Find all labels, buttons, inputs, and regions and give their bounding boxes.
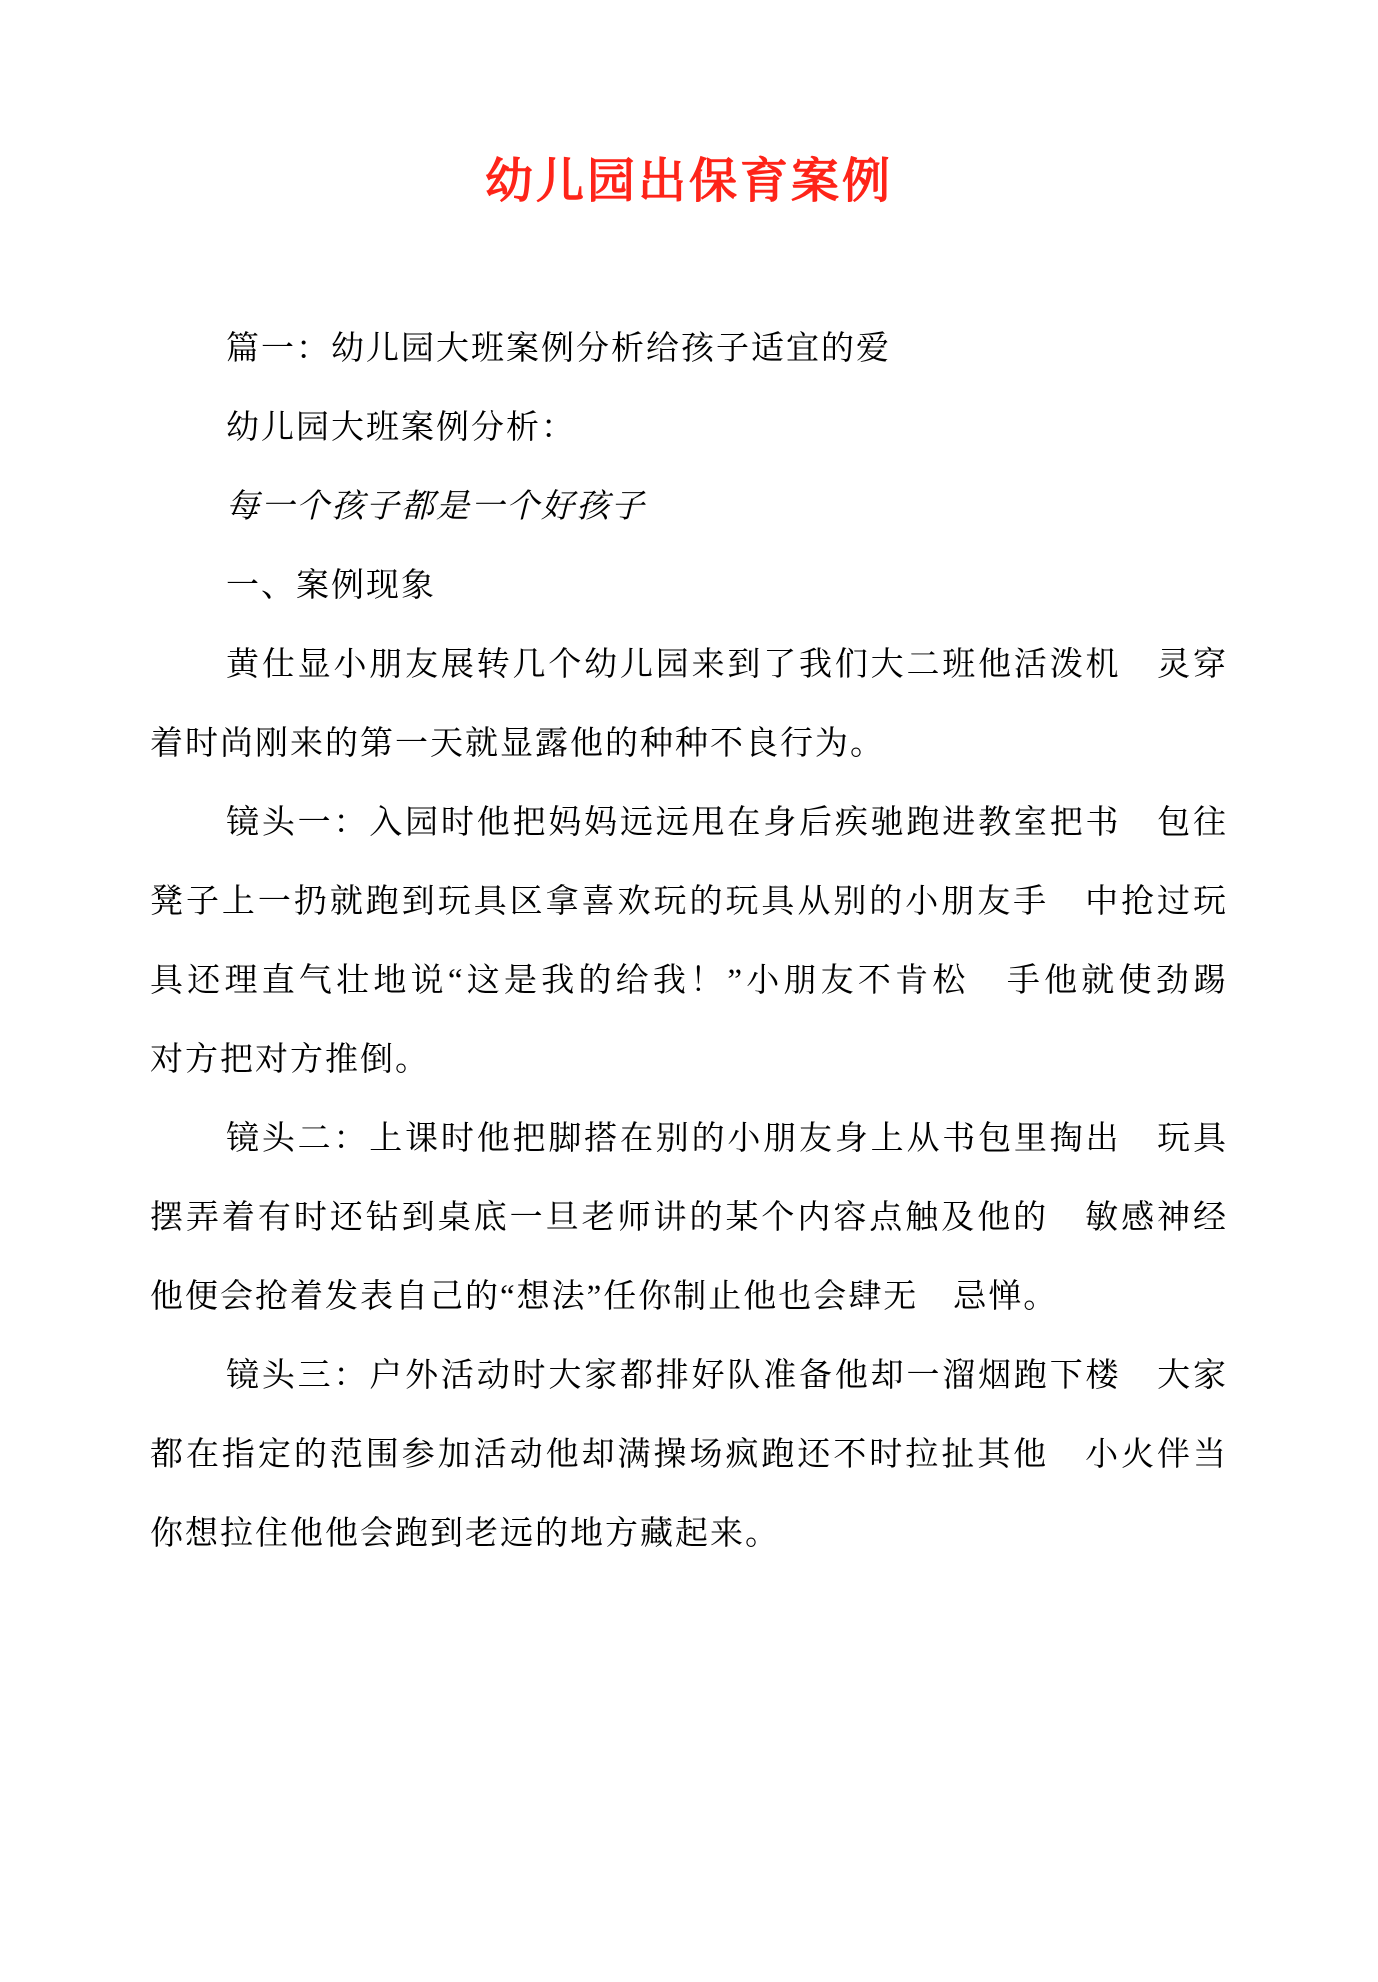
document-page: 幼儿园出保育案例 篇一：幼儿园大班案例分析给孩子适宜的爱幼儿园大班案例分析：每一… (0, 0, 1378, 1982)
text-line: 一、案例现象 (150, 547, 1228, 626)
text-line: 摆弄着有时还钻到桌底一旦老师讲的某个内容点触及他的 敏感神经 (150, 1179, 1228, 1258)
paragraph: 镜头一：入园时他把妈妈远远甩在身后疾驰跑进教室把书 包往凳子上一扔就跑到玩具区拿… (150, 784, 1228, 1100)
text-line: 镜头一：入园时他把妈妈远远甩在身后疾驰跑进教室把书 包往 (150, 784, 1228, 863)
document-body: 篇一：幼儿园大班案例分析给孩子适宜的爱幼儿园大班案例分析：每一个孩子都是一个好孩… (0, 310, 1378, 1574)
paragraph: 每一个孩子都是一个好孩子 (150, 468, 1228, 547)
text-line: 每一个孩子都是一个好孩子 (150, 468, 1228, 547)
text-line: 黄仕显小朋友展转几个幼儿园来到了我们大二班他活泼机 灵穿 (150, 626, 1228, 705)
text-line: 幼儿园大班案例分析： (150, 389, 1228, 468)
paragraph: 篇一：幼儿园大班案例分析给孩子适宜的爱 (150, 310, 1228, 389)
text-line: 凳子上一扔就跑到玩具区拿喜欢玩的玩具从别的小朋友手 中抢过玩 (150, 863, 1228, 942)
text-line: 他便会抢着发表自己的“想法”任你制止他也会肆无 忌惮。 (150, 1258, 1228, 1337)
paragraph: 镜头二：上课时他把脚搭在别的小朋友身上从书包里掏出 玩具摆弄着有时还钻到桌底一旦… (150, 1100, 1228, 1337)
text-line: 对方把对方推倒。 (150, 1021, 1228, 1100)
text-line: 着时尚刚来的第一天就显露他的种种不良行为。 (150, 705, 1228, 784)
text-line: 篇一：幼儿园大班案例分析给孩子适宜的爱 (150, 310, 1228, 389)
text-line: 镜头二：上课时他把脚搭在别的小朋友身上从书包里掏出 玩具 (150, 1100, 1228, 1179)
text-line: 你想拉住他他会跑到老远的地方藏起来。 (150, 1495, 1228, 1574)
paragraph: 一、案例现象 (150, 547, 1228, 626)
text-line: 都在指定的范围参加活动他却满操场疯跑还不时拉扯其他 小火伴当 (150, 1416, 1228, 1495)
paragraph: 黄仕显小朋友展转几个幼儿园来到了我们大二班他活泼机 灵穿着时尚刚来的第一天就显露… (150, 626, 1228, 784)
paragraph: 镜头三：户外活动时大家都排好队准备他却一溜烟跑下楼 大家都在指定的范围参加活动他… (150, 1337, 1228, 1574)
paragraph: 幼儿园大班案例分析： (150, 389, 1228, 468)
text-line: 具还理直气壮地说“这是我的给我！”小朋友不肯松 手他就使劲踢 (150, 942, 1228, 1021)
text-line: 镜头三：户外活动时大家都排好队准备他却一溜烟跑下楼 大家 (150, 1337, 1228, 1416)
document-title: 幼儿园出保育案例 (0, 0, 1378, 214)
